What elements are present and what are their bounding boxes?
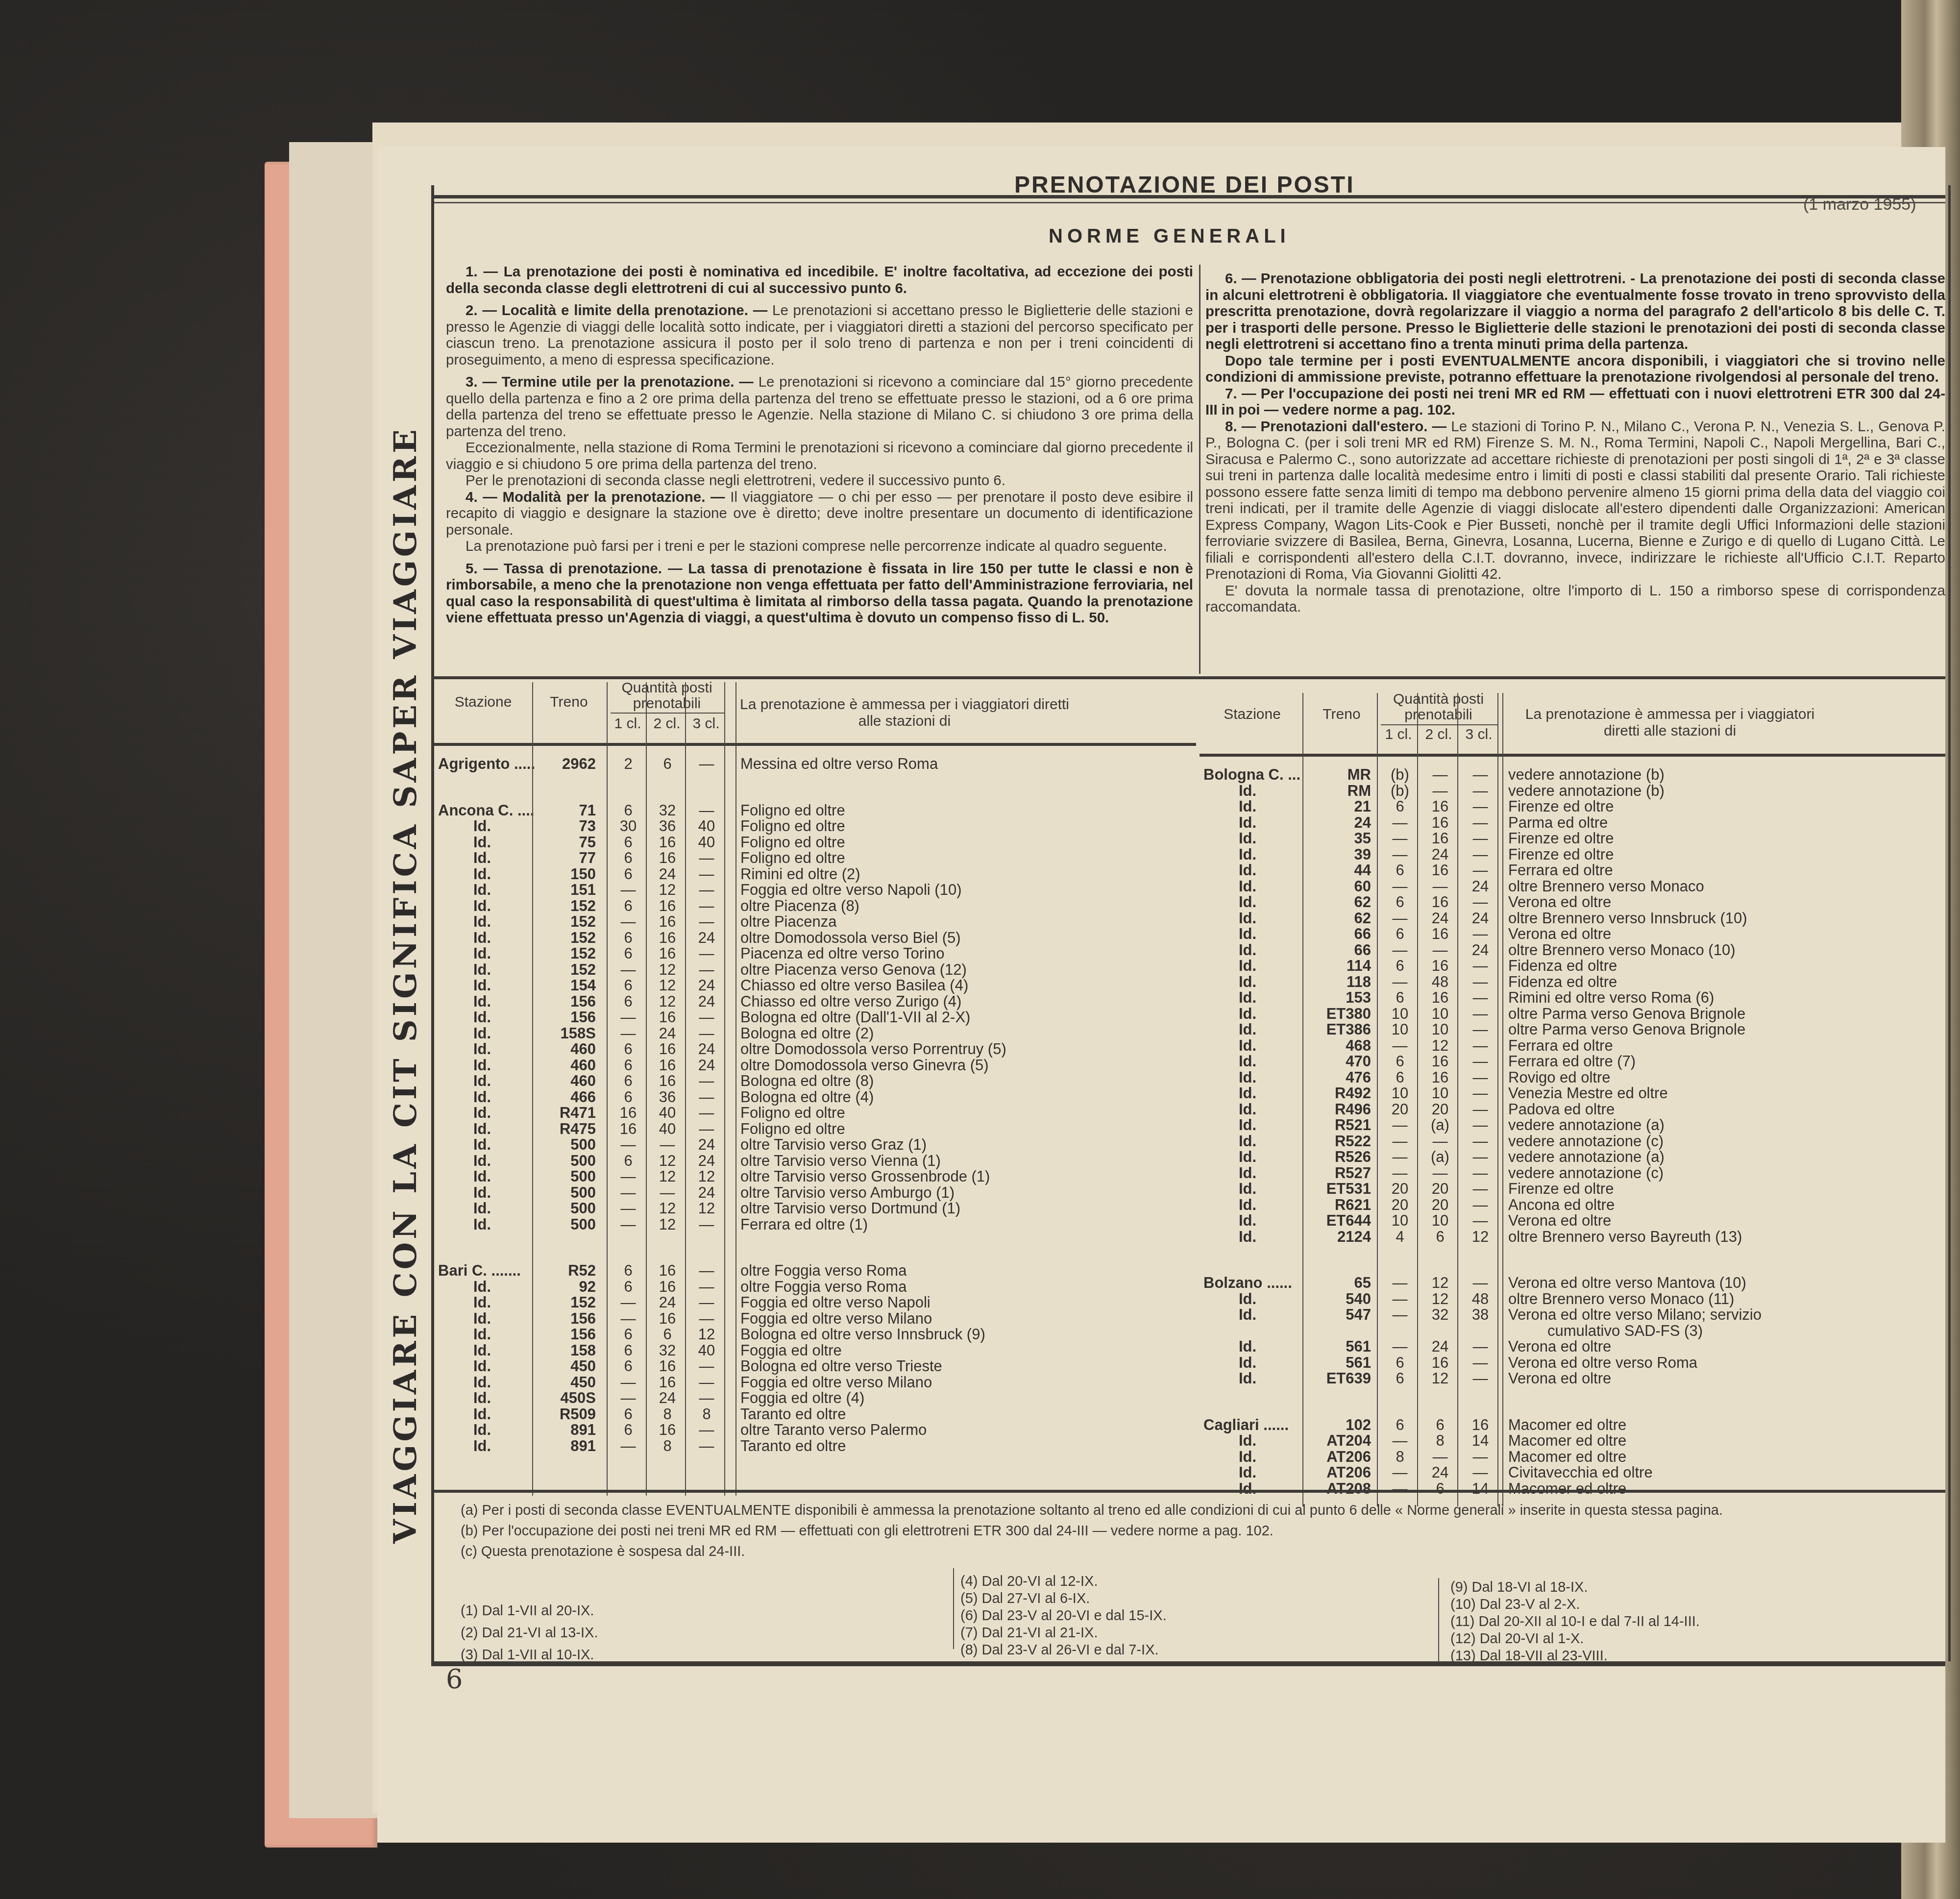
train-cell: 73 <box>535 818 596 835</box>
class3-cell: — <box>1461 1149 1499 1165</box>
destination-cell: vedere annotazione (b) <box>1508 766 1665 783</box>
note-c: (c) Questa prenotazione è sospesa dal 24… <box>461 1543 1931 1560</box>
class2-cell: 6 <box>1421 1229 1459 1245</box>
train-cell: AT208 <box>1302 1480 1371 1497</box>
column-rule <box>607 682 608 1496</box>
class3-cell: — <box>688 1089 725 1106</box>
footnote: (9) Dal 18-VI al 18-IX. <box>1450 1579 1700 1596</box>
class2-cell: 6 <box>649 1326 686 1343</box>
class2-cell: 12 <box>649 962 686 978</box>
destination-cell: Chiasso ed oltre verso Basilea (4) <box>740 977 968 994</box>
class2-cell: 20 <box>1421 1197 1459 1213</box>
class1-cell: 8 <box>1381 1449 1419 1465</box>
class2-cell: — <box>1421 878 1459 895</box>
station-cell: Id. <box>473 818 491 835</box>
class2-cell: — <box>1421 1449 1459 1465</box>
class3-cell: 38 <box>1461 1307 1499 1323</box>
class3-cell: — <box>1461 1370 1499 1387</box>
class3-cell: 24 <box>688 1184 725 1201</box>
class3-cell: 12 <box>1461 1229 1499 1245</box>
train-cell: 156 <box>535 1009 596 1026</box>
station-cell: Id. <box>473 913 491 930</box>
destination-cell: oltre Domodossola verso Biel (5) <box>740 930 961 946</box>
class2-cell: 16 <box>649 850 686 866</box>
class1-cell: 6 <box>610 1279 647 1295</box>
table-row: Id.118—48—Fidenza ed oltre <box>1200 974 1945 990</box>
train-cell: 460 <box>535 1041 596 1058</box>
train-cell: 156 <box>535 1310 596 1327</box>
destination-cell: Foggia ed oltre verso Milano <box>740 1310 932 1327</box>
station-cell: Ancona C. .... <box>438 802 534 819</box>
train-cell: 77 <box>535 850 596 866</box>
class1-cell: — <box>1381 1338 1419 1355</box>
station-cell: Id. <box>473 930 491 946</box>
train-cell: 460 <box>535 1073 596 1089</box>
table-row: Id.RM(b)——vedere annotazione (b) <box>1200 783 1945 799</box>
train-cell: 500 <box>535 1168 596 1185</box>
table-row: Id.R527———vedere annotazione (c) <box>1200 1165 1945 1182</box>
class2-cell: 24 <box>649 1390 686 1406</box>
class2-cell: 8 <box>649 1438 686 1455</box>
destination-cell: Ferrara ed oltre <box>1508 862 1613 879</box>
rule-3: 3. — Termine utile per la prenotazione. … <box>446 374 1193 440</box>
train-cell: R475 <box>535 1121 596 1137</box>
class1-cell: (b) <box>1381 783 1419 799</box>
class2-cell: 12 <box>649 993 686 1010</box>
class1-cell: — <box>610 1310 647 1327</box>
train-cell: 500 <box>535 1184 596 1201</box>
class2-cell: — <box>1421 1165 1459 1182</box>
table-row: Id.15261624oltre Domodossola verso Biel … <box>434 930 1196 946</box>
column-rule <box>735 682 736 1496</box>
train-cell: 66 <box>1302 926 1371 942</box>
class2-cell: 12 <box>649 1200 686 1217</box>
train-cell: R522 <box>1302 1133 1371 1150</box>
station-cell: Id. <box>473 1279 491 1295</box>
destination-cell: Fidenza ed oltre <box>1508 958 1617 974</box>
train-cell: R52 <box>535 1262 596 1279</box>
destination-cell: vedere annotazione (c) <box>1508 1165 1664 1182</box>
station-cell: Id. <box>1239 1117 1256 1134</box>
station-cell: Id. <box>473 1390 491 1406</box>
class1-cell: — <box>1381 846 1419 863</box>
station-cell: Id. <box>473 1153 491 1169</box>
class3-cell: — <box>688 1121 725 1137</box>
class1-cell: — <box>610 962 647 978</box>
class2-cell: 24 <box>1421 1338 1459 1355</box>
class2-cell: — <box>649 1184 686 1201</box>
destination-cell: Foligno ed oltre <box>740 850 845 866</box>
destination-cell: Verona ed oltre <box>1508 1212 1611 1229</box>
table-row: Id.35—16—Firenze ed oltre <box>1200 830 1945 847</box>
class2-cell: 6 <box>1421 1480 1459 1497</box>
class1-cell: 6 <box>610 1089 647 1106</box>
class3-cell: — <box>1461 1053 1499 1070</box>
class2-cell: 16 <box>1421 1355 1459 1371</box>
train-cell: 39 <box>1302 846 1371 863</box>
destination-cell: Macomer ed oltre <box>1508 1432 1626 1449</box>
class1-cell: 2 <box>610 756 647 772</box>
station-cell: Id. <box>473 1216 491 1233</box>
class2-cell: 24 <box>1421 1464 1459 1481</box>
column-divider <box>953 1568 954 1649</box>
station-cell: Id. <box>473 1009 491 1026</box>
class1-cell: 6 <box>610 993 647 1010</box>
table-row: Id.62—2424oltre Brennero verso Innsbruck… <box>1200 910 1945 927</box>
train-cell: 891 <box>535 1422 596 1438</box>
class1-cell: — <box>610 913 647 930</box>
class2-cell: — <box>1421 766 1459 783</box>
class1-cell: — <box>1381 1291 1419 1307</box>
col-header-treno: Treno <box>535 694 603 711</box>
train-cell: 450 <box>535 1358 596 1375</box>
destination-cell: oltre Domodossola verso Ginevra (5) <box>740 1057 989 1074</box>
destination-cell: oltre Foggia verso Roma <box>740 1262 906 1279</box>
column-rule <box>1377 693 1378 1506</box>
table-row: Id.15461224Chiasso ed oltre verso Basile… <box>434 977 1196 994</box>
destination-cell: oltre Taranto verso Palermo <box>740 1422 927 1438</box>
destination-cell: Macomer ed oltre <box>1508 1417 1626 1433</box>
class2-cell: 16 <box>1421 814 1459 831</box>
train-cell: 152 <box>535 930 596 946</box>
class3-cell: 24 <box>688 930 725 946</box>
class1-cell: 6 <box>1381 1370 1419 1387</box>
table-row: Id.561616—Verona ed oltre verso Roma <box>1200 1355 1945 1371</box>
class3-cell: — <box>1461 1006 1499 1022</box>
train-cell: ET531 <box>1302 1181 1371 1197</box>
class1-cell: — <box>610 1009 647 1026</box>
class3-cell: — <box>688 1009 725 1026</box>
station-cell: Id. <box>473 1168 491 1185</box>
class2-cell: 24 <box>1421 846 1459 863</box>
class3-cell: 12 <box>688 1326 725 1343</box>
destination-cell: oltre Brennero verso Monaco (11) <box>1508 1291 1734 1307</box>
table-row: Id.540—1248oltre Brennero verso Monaco (… <box>1200 1291 1945 1307</box>
class1-cell: — <box>610 1200 647 1217</box>
class3-cell: — <box>1461 846 1499 863</box>
class1-cell: 6 <box>1381 1417 1419 1433</box>
column-rule <box>1302 693 1303 1506</box>
footnotes-col-1: (1) Dal 1-VII al 20-IX.(2) Dal 21-VI al … <box>461 1603 598 1669</box>
destination-cell: Padova ed oltre <box>1508 1101 1615 1118</box>
class2-cell: 16 <box>1421 894 1459 911</box>
col-header-quantita: Quantità posti prenotabili <box>608 680 726 712</box>
class3-cell: — <box>1461 1117 1499 1134</box>
train-cell: AT206 <box>1302 1449 1371 1465</box>
station-cell: Bolzano ...... <box>1203 1275 1292 1291</box>
destination-cell: oltre Tarvisio verso Graz (1) <box>740 1136 927 1153</box>
train-cell: 21 <box>1302 798 1371 815</box>
station-cell: Id. <box>1239 1101 1256 1118</box>
class3-cell: — <box>688 913 725 930</box>
train-cell: ET639 <box>1302 1370 1371 1387</box>
footnote: (2) Dal 21-VI al 13-IX. <box>461 1625 598 1642</box>
train-cell: R471 <box>535 1105 596 1121</box>
station-cell: Id. <box>1239 814 1256 831</box>
class3-cell: 24 <box>1461 910 1499 927</box>
class1-cell: 6 <box>610 1422 647 1438</box>
train-cell: 500 <box>535 1216 596 1233</box>
table-row: Id.46061624oltre Domodossola verso Ginev… <box>434 1057 1196 1074</box>
rule-4: 4. — Modalità per la prenotazione. — Il … <box>446 489 1193 539</box>
class2-cell: 6 <box>649 756 686 772</box>
class2-cell: 16 <box>649 1262 686 1279</box>
class3-cell: — <box>688 1390 725 1406</box>
class3-cell: 40 <box>688 1342 725 1359</box>
class3-cell: — <box>688 756 725 772</box>
station-cell: Id. <box>1239 1480 1256 1497</box>
class3-cell: — <box>1461 1464 1499 1481</box>
class1-cell: — <box>610 1025 647 1042</box>
station-cell: Id. <box>1239 1338 1256 1355</box>
table-row: Id.152—24—Foggia ed oltre verso Napoli <box>434 1294 1196 1311</box>
train-cell: 62 <box>1302 894 1371 911</box>
table-row: Id.152—12—oltre Piacenza verso Genova (1… <box>434 962 1196 978</box>
station-cell: Id. <box>473 962 491 978</box>
rule-3-note: Per le prenotazioni di seconda classe ne… <box>446 472 1193 489</box>
destination-cell: oltre Brennero verso Bayreuth (13) <box>1508 1229 1742 1245</box>
class1-cell: 20 <box>1381 1181 1419 1197</box>
table-row: Id.152616—oltre Piacenza (8) <box>434 898 1196 914</box>
station-cell: Id. <box>473 1105 491 1121</box>
station-cell: Id. <box>473 1184 491 1201</box>
table-row: Id.150624—Rimini ed oltre (2) <box>434 866 1196 883</box>
train-cell: 71 <box>535 802 596 819</box>
station-cell: Id. <box>1239 1037 1256 1054</box>
table-row: Id.500——24oltre Tarvisio verso Graz (1) <box>434 1136 1196 1153</box>
table-row: Id.R4711640—Foligno ed oltre <box>434 1105 1196 1121</box>
class2-cell: 16 <box>649 1422 686 1438</box>
train-cell: 152 <box>535 945 596 962</box>
rule-5: 5. — Tassa di prenotazione. — La tassa d… <box>446 561 1193 626</box>
table-row: Id.AT2068——Macomer ed oltre <box>1200 1449 1945 1465</box>
station-cell: Id. <box>1239 958 1256 974</box>
class3-cell: — <box>1461 1181 1499 1197</box>
class3-cell: — <box>1461 926 1499 942</box>
class2-cell: 16 <box>1421 989 1459 1006</box>
class2-cell: 16 <box>649 1057 686 1074</box>
class3-cell: — <box>1461 974 1499 990</box>
footnotes-col-3: (9) Dal 18-VI al 18-IX.(10) Dal 23-V al … <box>1450 1579 1700 1665</box>
class3-cell: — <box>688 1073 725 1089</box>
train-cell: 158S <box>535 1025 596 1042</box>
destination-cell: oltre Parma verso Genova Brignole <box>1508 1006 1745 1022</box>
station-cell: Id. <box>1239 1370 1256 1387</box>
destination-cell: Firenze ed oltre <box>1508 1181 1614 1197</box>
class2-cell: (a) <box>1421 1117 1459 1134</box>
train-cell: 152 <box>535 1294 596 1311</box>
reservation-table-left: Stazione Treno Quantità posti prenotabil… <box>434 679 1196 1491</box>
destination-cell: Ferrara ed oltre (1) <box>740 1216 868 1233</box>
table-row: Id.466636—Bologna ed oltre (4) <box>434 1089 1196 1106</box>
class2-cell: (a) <box>1421 1149 1459 1165</box>
table-row: Id.15863240Foggia ed oltre <box>434 1342 1196 1359</box>
train-cell: MR <box>1302 766 1371 783</box>
destination-cell: Verona ed oltre <box>1508 1338 1611 1355</box>
station-cell: Id. <box>1239 1464 1256 1481</box>
class2-cell: 12 <box>649 882 686 898</box>
train-cell: 158 <box>535 1342 596 1359</box>
class1-cell: 6 <box>1381 798 1419 815</box>
class1-cell: 20 <box>1381 1197 1419 1213</box>
station-cell: Id. <box>1239 1085 1256 1102</box>
train-cell: 466 <box>535 1089 596 1106</box>
station-cell: Id. <box>1239 1165 1256 1182</box>
table-notes: (a) Per i posti di seconda classe EVENTU… <box>461 1502 1931 1564</box>
col-header-3cl: 3 cl. <box>1459 726 1499 743</box>
train-cell: 118 <box>1302 974 1371 990</box>
destination-cell: Verona ed oltre <box>1508 926 1611 942</box>
station-cell: Id. <box>473 1294 491 1311</box>
class2-cell: 16 <box>649 898 686 914</box>
class1-cell: 6 <box>1381 1053 1419 1070</box>
destination-cell: Firenze ed oltre <box>1508 798 1614 815</box>
train-cell: 152 <box>535 962 596 978</box>
station-cell: Id. <box>1239 1181 1256 1197</box>
table-row: Id.1566612Bologna ed oltre verso Innsbru… <box>434 1326 1196 1343</box>
class1-cell: — <box>1381 830 1419 847</box>
station-cell: Bologna C. ... <box>1203 766 1300 783</box>
class3-cell: — <box>1461 830 1499 847</box>
destination-cell: oltre Foggia verso Roma <box>740 1279 906 1295</box>
class2-cell: — <box>1421 783 1459 799</box>
table-row: Id.46061624oltre Domodossola verso Porre… <box>434 1041 1196 1058</box>
class3-cell: — <box>1461 814 1499 831</box>
destination-cell: Foggia ed oltre verso Napoli <box>740 1294 931 1311</box>
footnotes-col-2: (4) Dal 20-VI al 12-IX.(5) Dal 27-VI al … <box>960 1573 1167 1659</box>
destination-cell: Bologna ed oltre verso Trieste <box>740 1358 942 1375</box>
train-cell: 24 <box>1302 814 1371 831</box>
class3-cell: — <box>688 1374 725 1391</box>
class1-cell: 6 <box>610 1041 647 1058</box>
class2-cell: 16 <box>1421 862 1459 879</box>
table-row: Id.15661224Chiasso ed oltre verso Zurigo… <box>434 993 1196 1010</box>
train-cell: 500 <box>535 1136 596 1153</box>
table-row: Bari C. .......R52616—oltre Foggia verso… <box>434 1262 1196 1279</box>
table-row: Id.R4962020—Padova ed oltre <box>1200 1101 1945 1118</box>
destination-cell: oltre Tarvisio verso Vienna (1) <box>740 1153 941 1169</box>
class1-cell: 6 <box>1381 1355 1419 1371</box>
station-cell: Id. <box>1239 1021 1256 1038</box>
class1-cell: 6 <box>610 945 647 962</box>
destination-cell: Fidenza ed oltre <box>1508 974 1617 990</box>
class1-cell: — <box>610 1374 647 1391</box>
class3-cell: 8 <box>688 1406 725 1423</box>
table-row: Id.152616—Piacenza ed oltre verso Torino <box>434 945 1196 962</box>
station-cell: Id. <box>473 1121 491 1137</box>
station-cell: Id. <box>1239 942 1256 959</box>
column-rule <box>685 682 686 1496</box>
class2-cell: 16 <box>649 930 686 946</box>
destination-cell: Ferrara ed oltre <box>1508 1037 1613 1054</box>
class2-cell: 40 <box>649 1105 686 1121</box>
col-header-dest: La prenotazione è ammessa per i viaggiat… <box>1508 706 1832 740</box>
destination-cell: oltre Piacenza verso Genova (12) <box>740 962 967 978</box>
destination-cell: Foligno ed oltre <box>740 834 845 851</box>
footnote: (10) Dal 23-V al 2-X. <box>1450 1596 1700 1613</box>
class3-cell: — <box>688 1422 725 1438</box>
class2-cell: 12 <box>649 1168 686 1185</box>
destination-cell: Venezia Mestre ed oltre <box>1508 1085 1668 1102</box>
train-cell: 540 <box>1302 1291 1371 1307</box>
class3-cell: — <box>1461 1069 1499 1086</box>
class1-cell: 6 <box>610 1057 647 1074</box>
class3-cell: — <box>1461 1133 1499 1150</box>
class3-cell: 24 <box>688 1136 725 1153</box>
train-cell: R521 <box>1302 1117 1371 1134</box>
station-cell: Id. <box>473 850 491 866</box>
class2-cell: 12 <box>649 977 686 994</box>
class3-cell: — <box>1461 958 1499 974</box>
train-cell: 470 <box>1302 1053 1371 1070</box>
destination-cell: Ferrara ed oltre (7) <box>1508 1053 1636 1070</box>
class1-cell: 20 <box>1381 1101 1419 1118</box>
class3-cell: 24 <box>1461 942 1499 959</box>
station-cell: Id. <box>1239 783 1256 799</box>
station-cell: Id. <box>473 834 491 851</box>
class3-cell: — <box>1461 1212 1499 1229</box>
col-header-1cl: 1 cl. <box>1378 726 1419 743</box>
train-cell: 154 <box>535 977 596 994</box>
class3-cell: — <box>688 866 725 883</box>
station-cell: Id. <box>473 993 491 1010</box>
class1-cell: 6 <box>610 802 647 819</box>
station-cell: Bari C. ....... <box>438 1262 521 1279</box>
table-row: Id.151—12—Foggia ed oltre verso Napoli (… <box>434 882 1196 898</box>
destination-cell: cumulativo SAD-FS (3) <box>1547 1323 1703 1339</box>
class1-cell: 6 <box>610 930 647 946</box>
class1-cell: 6 <box>1381 1069 1419 1086</box>
station-cell: Id. <box>1239 1133 1256 1150</box>
station-cell: Id. <box>473 1089 491 1106</box>
table-row: Id.450S—24—Foggia ed oltre (4) <box>434 1390 1196 1406</box>
station-cell: Id. <box>1239 1053 1256 1070</box>
train-cell: 547 <box>1302 1307 1371 1323</box>
class2-cell: 16 <box>1421 958 1459 974</box>
class3-cell: 12 <box>688 1168 725 1185</box>
destination-cell: oltre Brennero verso Innsbruck (10) <box>1508 910 1747 927</box>
station-cell: Cagliari ...... <box>1203 1417 1289 1433</box>
destination-cell: oltre Piacenza (8) <box>740 898 859 914</box>
station-cell: Id. <box>473 1041 491 1058</box>
table-row: Id.77616—Foligno ed oltre <box>434 850 1196 866</box>
class3-cell: — <box>1461 989 1499 1006</box>
divider <box>431 1490 1945 1493</box>
class2-cell: — <box>1421 942 1459 959</box>
class2-cell: 16 <box>649 1041 686 1058</box>
rule-6-note: Dopo tale termine per i posti EVENTUALME… <box>1205 353 1945 386</box>
col-header-stazione: Stazione <box>1200 706 1305 723</box>
class2-cell: 24 <box>1421 910 1459 927</box>
station-cell: Id. <box>1239 894 1256 911</box>
class3-cell: 24 <box>1461 878 1499 895</box>
train-cell: 450 <box>535 1374 596 1391</box>
class1-cell: — <box>610 1216 647 1233</box>
train-cell: 152 <box>535 913 596 930</box>
class3-cell: — <box>688 882 725 898</box>
station-cell: Id. <box>473 1326 491 1343</box>
class1-cell: — <box>610 1184 647 1201</box>
destination-cell: oltre Piacenza <box>740 913 836 930</box>
train-cell: RM <box>1302 783 1371 799</box>
class2-cell: 16 <box>1421 1053 1459 1070</box>
destination-cell: Bologna ed oltre verso Innsbruck (9) <box>740 1326 985 1343</box>
class2-cell: 12 <box>1421 1291 1459 1307</box>
destination-cell: Foggia ed oltre <box>740 1342 842 1359</box>
class1-cell: — <box>1381 942 1419 959</box>
destination-cell: Bologna ed oltre (4) <box>740 1089 874 1106</box>
class1-cell: — <box>1381 1037 1419 1054</box>
